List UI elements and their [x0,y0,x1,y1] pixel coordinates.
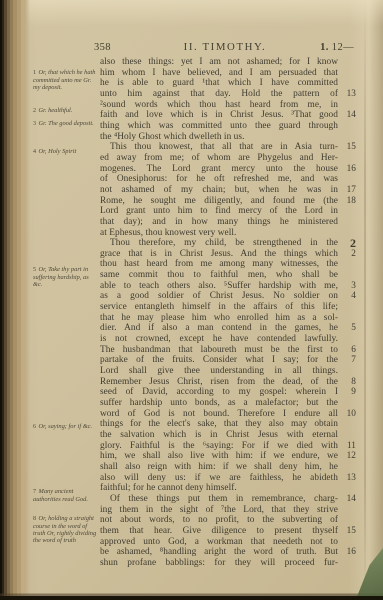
margin-note-text: Gr. healthful. [39,107,73,114]
margin-note-text: Or, Holy Spirit [39,148,77,155]
margin-note-text: Gr. The good deposit. [39,120,94,127]
margin-note: 1 Or, that which he hath committed unto … [33,69,98,91]
margin-note-text: Or, holding a straight course in the wor… [33,515,96,544]
margin-note-text: Or, Take thy part in suffering hardship,… [33,266,89,288]
margin-note: 2 Gr. healthful. [33,107,98,115]
margin-note-text: Many ancient authorities read God. [33,488,88,503]
margin-notes-column: 1 Or, that which he hath committed unto … [0,0,383,600]
margin-note-text: Or, that which he hath committed unto me… [33,69,95,91]
margin-note: 5 Or, Take thy part in suffering hardshi… [33,266,98,288]
margin-note: 8 Or, holding a straight course in the w… [33,515,98,544]
margin-note: 4 Or, Holy Spirit [33,148,98,156]
margin-note: 6 Or, saying; for if &c. [33,423,98,431]
margin-note: 3 Gr. The good deposit. [33,120,98,128]
book-page-scan: 358 II. TIMOTHY. 1. 12— also these thing… [0,0,383,600]
margin-note: 7 Many ancient authorities read God. [33,488,98,503]
margin-note-text: Or, saying; for if &c. [39,423,93,430]
